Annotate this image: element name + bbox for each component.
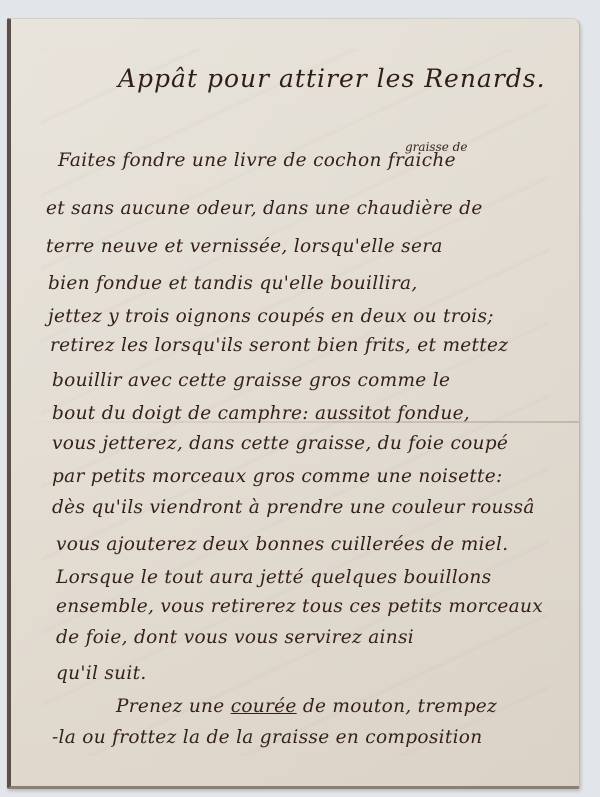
text-line-18: -la ou frottez la de la graisse en compo… (52, 727, 482, 748)
underlined-word: courée (231, 696, 297, 717)
text-line-14: ensemble, vous retirerez tous ces petits… (56, 596, 543, 617)
text-line-5: jettez y trois oignons coupés en deux ou… (48, 306, 494, 327)
text-line-1: Faites fondre une livre de cochon fraich… (58, 150, 456, 171)
document-title: Appât pour attirer les Renards. (118, 64, 546, 93)
text-line-6: retirez les lorsqu'ils seront bien frits… (50, 335, 508, 356)
text-line-16: qu'il suit. (56, 663, 147, 684)
text-line-3: terre neuve et vernissée, lorsqu'elle se… (46, 236, 443, 257)
text-line-17: Prenez une courée de mouton, trempez (116, 696, 497, 717)
text-line-15: de foie, dont vous vous servirez ainsi (56, 627, 414, 648)
text-line-4: bien fondue et tandis qu'elle bouillira, (48, 273, 418, 294)
text-line-13: Lorsque le tout aura jetté quelques boui… (56, 567, 491, 588)
text-line-7: bouillir avec cette graisse gros comme l… (52, 370, 450, 391)
text-line-12: vous ajouterez deux bonnes cuillerées de… (56, 534, 508, 555)
text-line-10: par petits morceaux gros comme une noise… (52, 466, 503, 487)
text-line-8: bout du doigt de camphre: aussitot fondu… (52, 403, 470, 424)
text-line-2: et sans aucune odeur, dans une chaudière… (46, 198, 483, 219)
text-line-11: dès qu'ils viendront à prendre une coule… (52, 497, 535, 518)
text-line-9: vous jetterez, dans cette graisse, du fo… (52, 433, 508, 454)
